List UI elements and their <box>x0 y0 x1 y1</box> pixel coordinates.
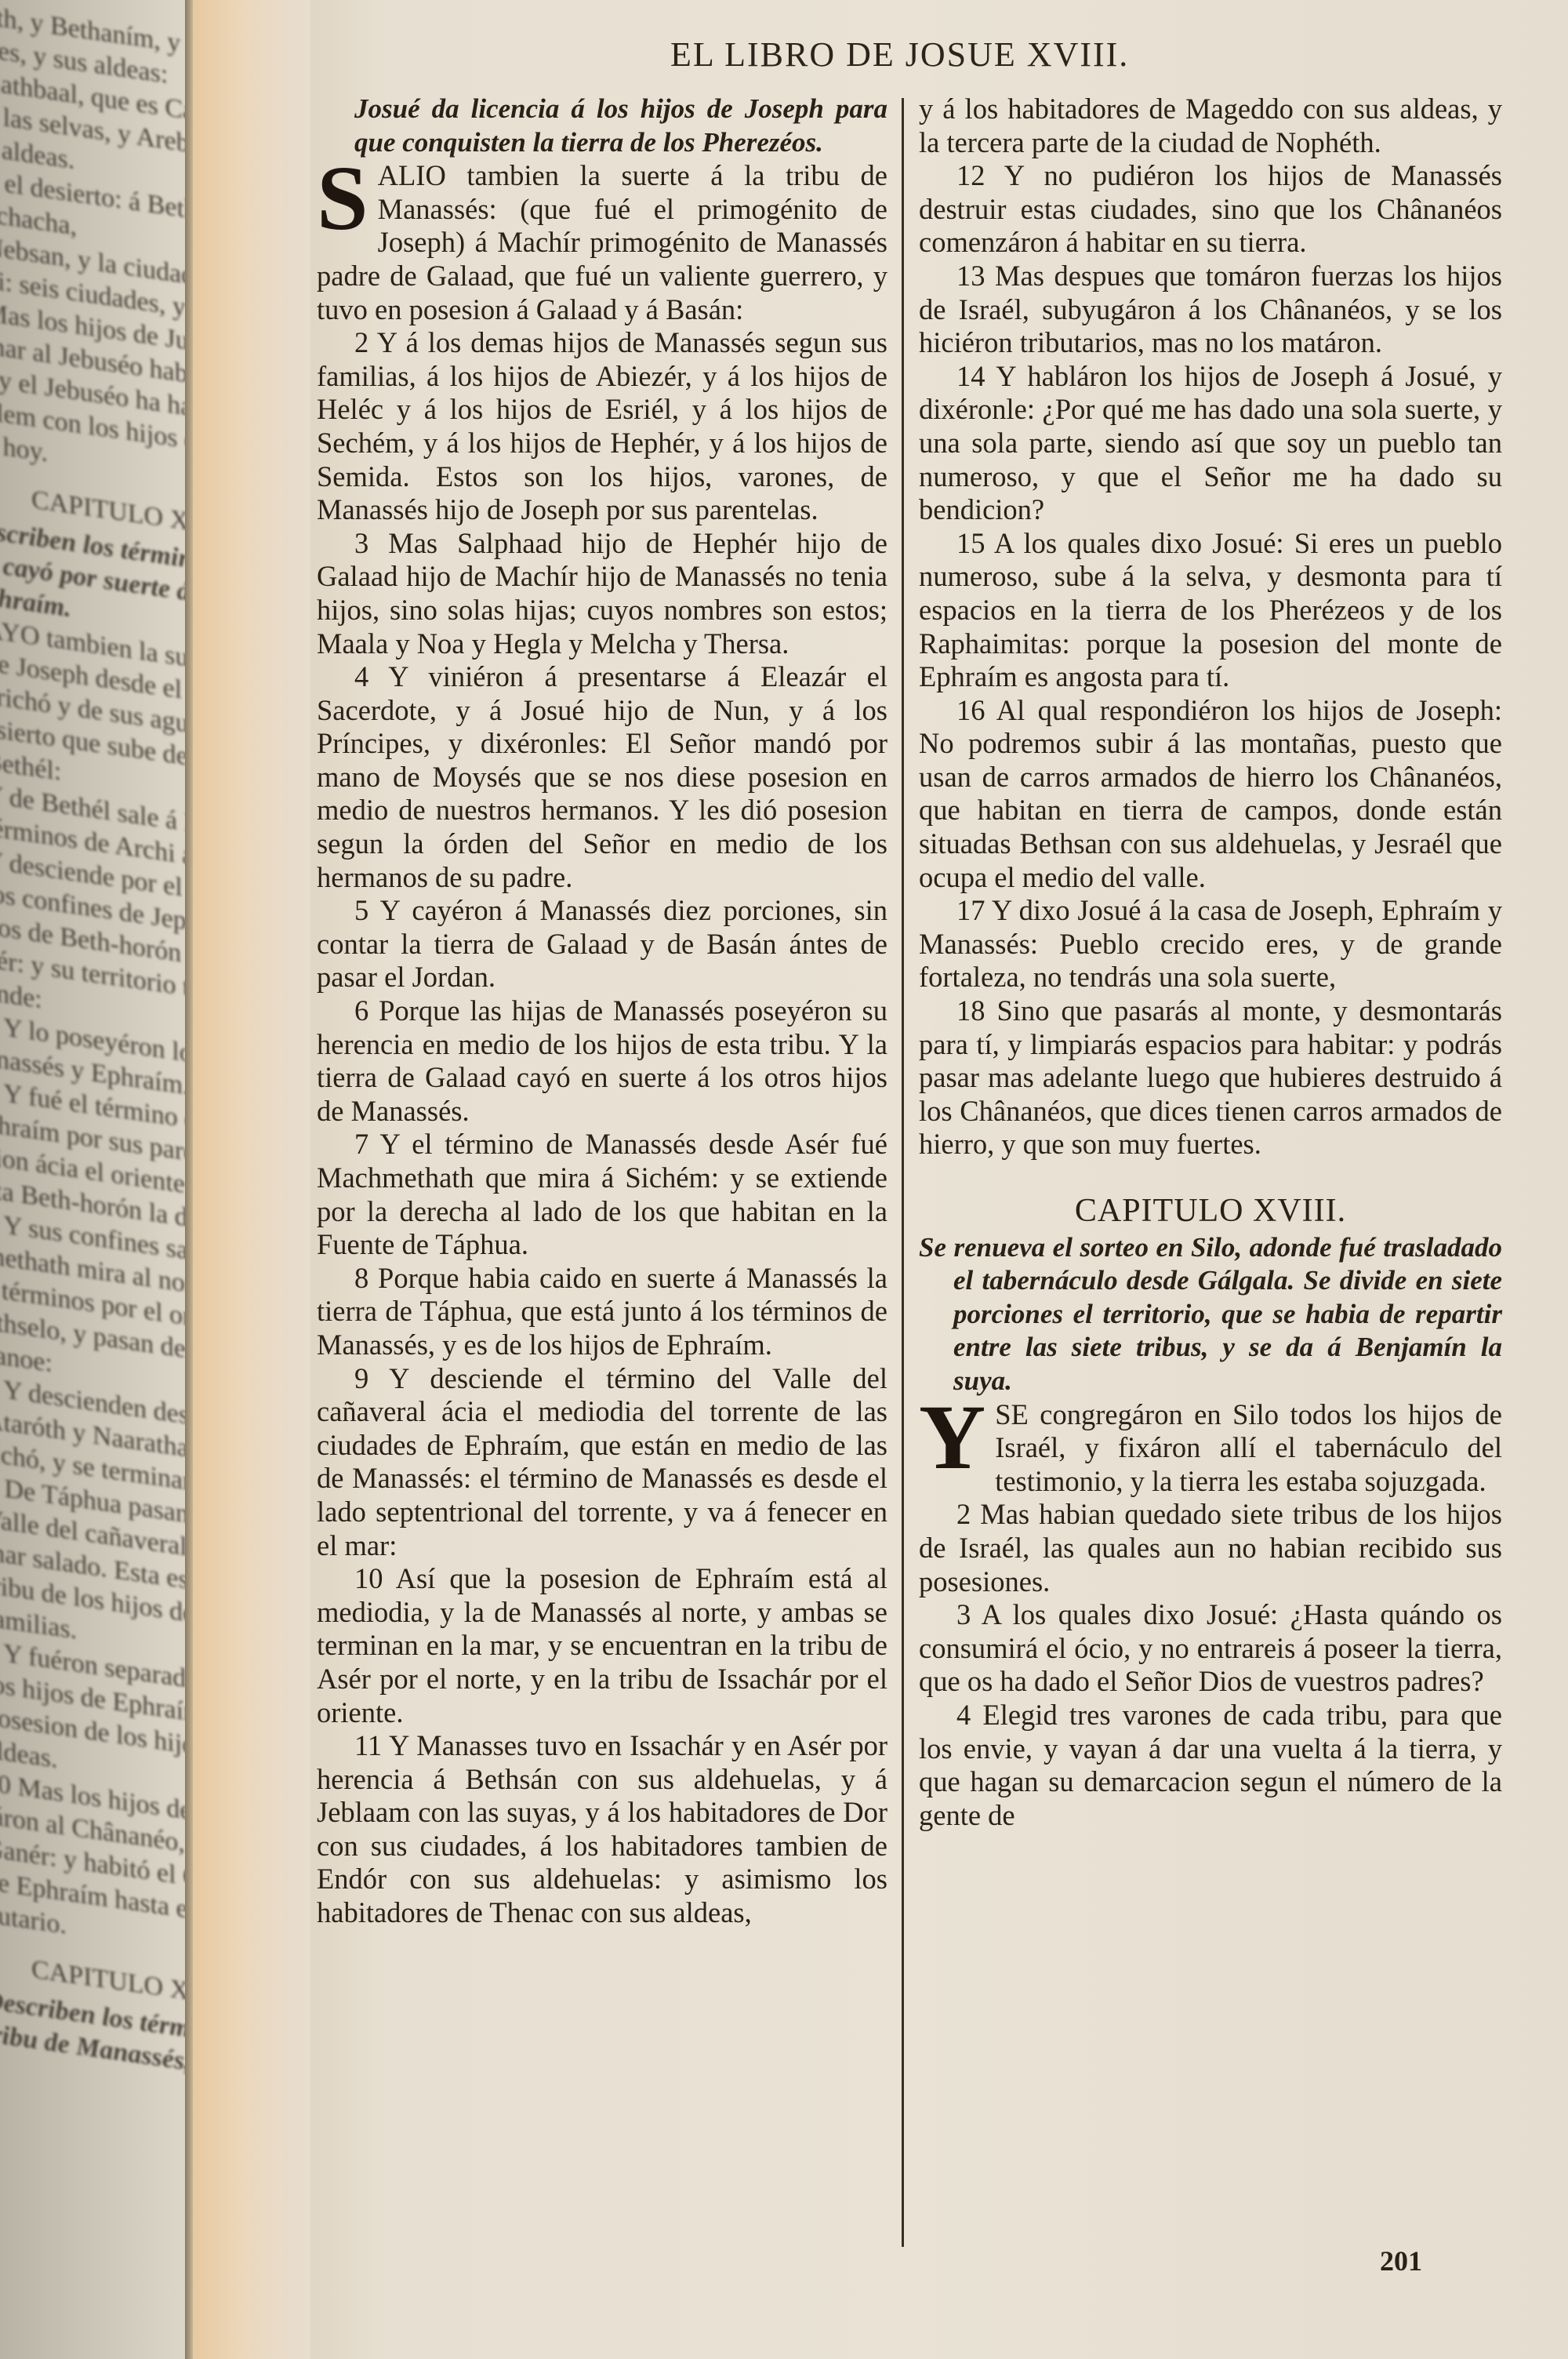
verse-1: SALIO tambien la suerte á la tribu de Ma… <box>317 159 887 326</box>
verse-7: 7 Y el término de Manassés desde Asér fu… <box>317 1128 887 1261</box>
verse-text: SE congregáron en Silo todos los hijos d… <box>995 1398 1502 1497</box>
chapter-summary: Se renueva el sorteo en Silo, adonde fué… <box>919 1231 1502 1398</box>
verse-10: 10 Así que la posesion de Ephraím está a… <box>317 1562 887 1729</box>
verse-6: 6 Porque las hijas de Manassés poseyéron… <box>317 994 887 1128</box>
chapter-18-verse-3: 3 A los quales dixo Josué: ¿Hasta quándo… <box>919 1598 1502 1699</box>
verse-11-continued: y á los habitadores de Mageddo con sus a… <box>919 93 1502 159</box>
verse-14: 14 Y habláron los hijos de Joseph á Josu… <box>919 360 1502 527</box>
chapter-summary-text: Se renueva el sorteo en Silo, adonde fué… <box>919 1231 1502 1398</box>
page-number: 201 <box>1380 2245 1422 2277</box>
column-rule <box>902 98 904 2247</box>
chapter-18-verse-1: YSE congregáron en Silo todos los hijos … <box>919 1398 1502 1499</box>
running-head: EL LIBRO DE JOSUE XVIII. <box>670 35 1172 75</box>
verse-11: 11 Y Manasses tuvo en Issachár y en Asér… <box>317 1729 887 1930</box>
page-edge <box>185 0 193 2359</box>
verse-18: 18 Sino que pasarás al monte, y desmonta… <box>919 994 1502 1161</box>
verse-9: 9 Y desciende el término del Valle del c… <box>317 1362 887 1563</box>
verse-4: 4 Y viniéron á presentarse á Eleazár el … <box>317 660 887 894</box>
left-page-text: eth, y Bethaním, y Beser y Gal- des, y s… <box>0 0 188 2081</box>
verse-15: 15 A los quales dixo Josué: Si eres un p… <box>919 527 1502 694</box>
chapter-summary: Josué da licencia á los hijos de Joseph … <box>317 93 887 159</box>
left-facing-page: eth, y Bethaním, y Beser y Gal- des, y s… <box>0 0 188 2359</box>
chapter-18-verse-2: 2 Mas habian quedado siete tribus de los… <box>919 1498 1502 1598</box>
drop-cap: S <box>317 164 368 233</box>
verse-3: 3 Mas Salphaad hijo de Hephér hijo de Ga… <box>317 527 887 660</box>
chapter-heading: CAPITULO XVIII. <box>919 1194 1502 1228</box>
verse-2: 2 Y á los demas hijos de Manassés segun … <box>317 326 887 527</box>
verse-12: 12 Y no pudiéron los hijos de Manassés d… <box>919 159 1502 260</box>
left-column: Josué da licencia á los hijos de Joseph … <box>317 93 887 1930</box>
verse-16: 16 Al qual respondiéron los hijos de Jos… <box>919 694 1502 895</box>
verse-13: 13 Mas despues que tomáron fuerzas los h… <box>919 260 1502 360</box>
right-column: y á los habitadores de Mageddo con sus a… <box>919 93 1502 1832</box>
verse-text: ALIO tambien la suerte á la tribu de Man… <box>317 159 887 325</box>
verse-5: 5 Y cayéron á Manassés diez porciones, s… <box>317 894 887 994</box>
verse-17: 17 Y dixo Josué á la casa de Joseph, Eph… <box>919 894 1502 994</box>
chapter-18-verse-4: 4 Elegid tres varones de cada tribu, par… <box>919 1699 1502 1832</box>
drop-cap: Y <box>919 1403 985 1472</box>
verse-8: 8 Porque habia caido en suerte á Manassé… <box>317 1262 887 1362</box>
